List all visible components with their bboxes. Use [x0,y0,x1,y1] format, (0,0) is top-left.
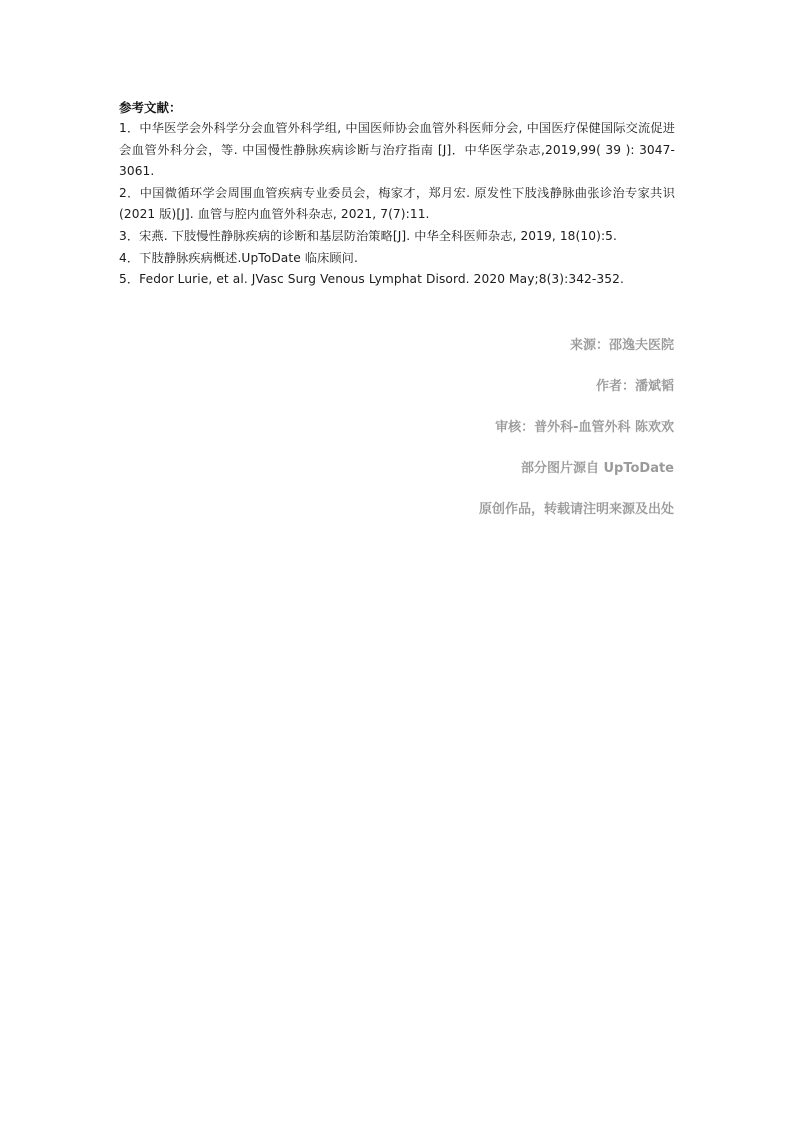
credit-copyright: 原创作品，转载请注明来源及出处 [479,500,674,520]
credit-image-source: 部分图片源自 UpToDate [479,459,674,479]
reference-number: 1． [119,121,139,135]
reference-text: 下肢静脉疾病概述.UpToDate 临床顾问. [139,251,358,265]
reference-item: 3．宋燕. 下肢慢性静脉疾病的诊断和基层防治策略[J]. 中华全科医师杂志, 2… [119,226,675,248]
reference-text: 中华医学会外科学分会血管外科学组, 中国医师协会血管外科医师分会, 中国医疗保健… [119,121,675,178]
credit-reviewer: 审核：普外科-血管外科 陈欢欢 [479,418,674,438]
reference-text: 中国微循环学会周围血管疾病专业委员会，梅家才，郑月宏. 原发性下肢浅静脉曲张诊治… [119,186,675,222]
reference-text: Fedor Lurie, et al. JVasc Surg Venous Ly… [139,272,624,286]
reference-number: 5． [119,272,139,286]
reference-item: 1．中华医学会外科学分会血管外科学组, 中国医师协会血管外科医师分会, 中国医疗… [119,118,675,183]
reference-item: 4．下肢静脉疾病概述.UpToDate 临床顾问. [119,248,675,270]
reference-item: 2．中国微循环学会周围血管疾病专业委员会，梅家才，郑月宏. 原发性下肢浅静脉曲张… [119,183,675,226]
credit-author: 作者：潘斌韬 [479,377,674,397]
credits-section: 来源：邵逸夫医院 作者：潘斌韬 审核：普外科-血管外科 陈欢欢 部分图片源自 U… [479,336,674,541]
reference-number: 4． [119,251,139,265]
references-section: 参考文献： 1．中华医学会外科学分会血管外科学组, 中国医师协会血管外科医师分会… [119,98,675,291]
reference-item: 5．Fedor Lurie, et al. JVasc Surg Venous … [119,269,675,291]
references-heading: 参考文献： [119,98,675,118]
reference-list: 1．中华医学会外科学分会血管外科学组, 中国医师协会血管外科医师分会, 中国医疗… [119,118,675,291]
credit-source: 来源：邵逸夫医院 [479,336,674,356]
reference-number: 3． [119,229,139,243]
reference-number: 2． [119,186,140,200]
reference-text: 宋燕. 下肢慢性静脉疾病的诊断和基层防治策略[J]. 中华全科医师杂志, 201… [139,229,617,243]
document-page: 参考文献： 1．中华医学会外科学分会血管外科学组, 中国医师协会血管外科医师分会… [0,0,793,1122]
